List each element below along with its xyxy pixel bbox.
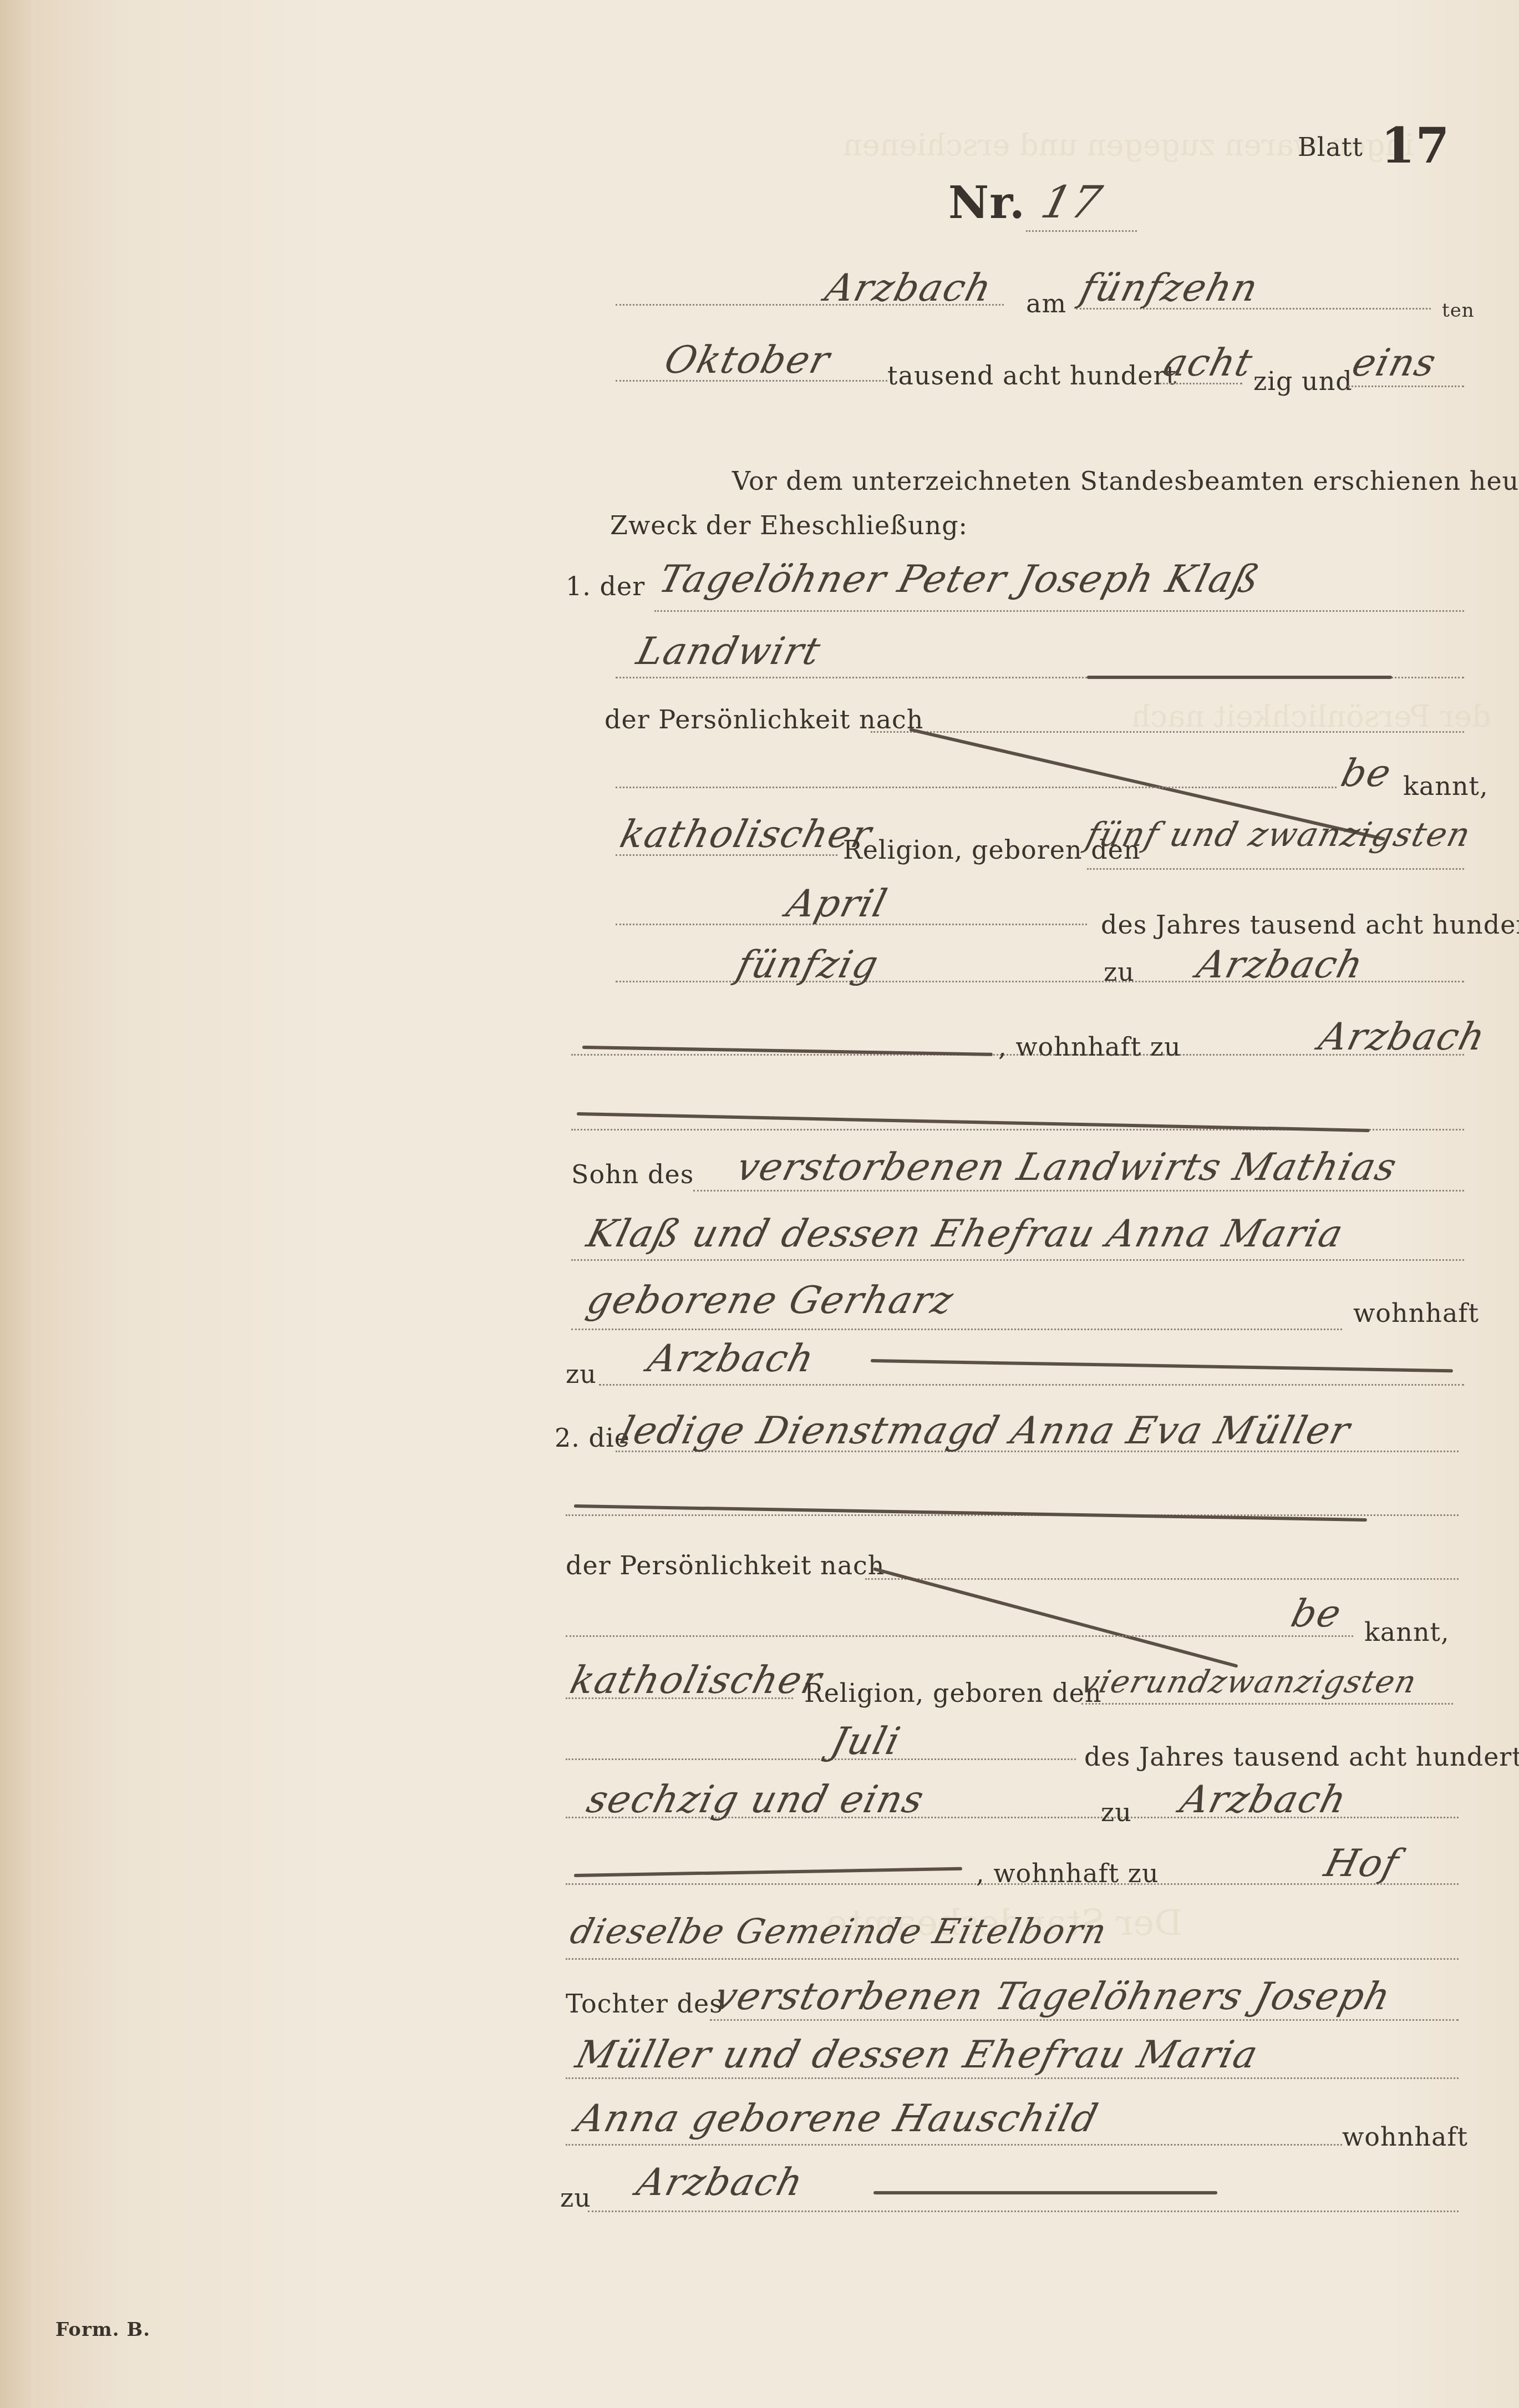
dotted-line <box>710 2019 1459 2021</box>
son-label: Sohn des <box>571 1159 694 1189</box>
dotted-line <box>1081 1703 1453 1705</box>
groom-identity-label: der Persönlichkeit nach <box>604 704 923 734</box>
cancel-stroke <box>574 1867 962 1877</box>
dotted-line <box>566 1758 1076 1760</box>
sheet-number: 17 <box>1381 116 1450 174</box>
am-label: am <box>1026 288 1066 318</box>
groom-parents-line-1: verstorbenen Landwirts Mathias <box>732 1145 1402 1189</box>
year-printed: tausend acht hundert <box>887 361 1177 391</box>
year-zig-label: zig und <box>1253 366 1353 396</box>
groom-birth-month: April <box>782 882 892 926</box>
groom-line-1: Tagelöhner Peter Joseph Klaß <box>654 557 1264 601</box>
dotted-line <box>571 1329 1342 1330</box>
bride-zu-label: zu <box>1101 1797 1132 1827</box>
groom-identity-hand: be <box>1337 752 1396 795</box>
bride-religion: katholischer <box>566 1659 827 1702</box>
bride-parents-line-1: verstorbenen Tagelöhners Joseph <box>710 1975 1395 2019</box>
bride-birth-day: vierundzwanzigsten <box>1077 1664 1421 1700</box>
groom-residence-label: , wohnhaft zu <box>998 1032 1181 1062</box>
dotted-line <box>571 1259 1464 1261</box>
header-year-unit: eins <box>1348 341 1441 385</box>
bride-line-1: ledige Dienstmagd Anna Eva Müller <box>616 1409 1355 1453</box>
groom-residence: Arzbach <box>1314 1015 1490 1059</box>
entry-label: Nr. <box>948 176 1025 229</box>
bride-parents-residence: Arzbach <box>632 2161 808 2204</box>
dotted-line <box>616 787 1337 788</box>
groom-zu-label: zu <box>1104 957 1135 987</box>
dotted-line <box>865 1578 1459 1580</box>
bride-birth-year: sechzig und eins <box>582 1778 929 1822</box>
bride-parents-zu-label: zu <box>560 2183 591 2213</box>
bride-residence: Hof <box>1320 1842 1404 1885</box>
intro-line-2: Zweck der Eheschließung: <box>610 510 968 540</box>
register-page: ingen waren zugegen und erschienen der P… <box>0 0 1519 2408</box>
groom-parents-line-2: Klaß und dessen Ehefrau Anna Maria <box>582 1212 1348 1256</box>
cancel-stroke <box>873 1567 1238 1668</box>
bride-parents-line-2: Müller und dessen Ehefrau Maria <box>571 2033 1263 2077</box>
groom-birth-place: Arzbach <box>1192 943 1368 987</box>
groom-year-label: des Jahres tausend acht hundert <box>1101 910 1519 940</box>
dotted-line <box>693 1190 1464 1192</box>
dotted-line <box>566 2144 1342 2146</box>
dotted-line <box>566 2077 1459 2079</box>
groom-parents-line-3: geborene Gerharz <box>582 1279 958 1322</box>
dotted-line <box>1026 230 1137 232</box>
dotted-line <box>654 610 1464 612</box>
groom-birth-day: fünf und zwanzigsten <box>1082 815 1475 854</box>
bride-identity-hand: be <box>1287 1592 1346 1636</box>
groom-parents-zu-label: zu <box>566 1359 597 1389</box>
cancel-stroke <box>574 1504 1367 1522</box>
bride-residence-label: , wohnhaft zu <box>976 1858 1159 1888</box>
dotted-line <box>566 1958 1459 1960</box>
bride-religion-label: Religion, geboren den <box>804 1678 1102 1708</box>
dotted-line <box>599 1384 1464 1386</box>
header-day: fünfzehn <box>1076 266 1263 310</box>
groom-number-label: 1. der <box>566 571 645 601</box>
dotted-line <box>1087 868 1464 870</box>
groom-birth-year: fünfzig <box>732 943 883 987</box>
bride-year-label: des Jahres tausend acht hundert <box>1084 1742 1519 1772</box>
header-year-decade: acht <box>1159 341 1257 385</box>
cancel-stroke <box>873 2191 1217 2194</box>
groom-identity-suffix: kannt, <box>1403 771 1488 801</box>
cancel-stroke <box>1087 676 1392 679</box>
dotted-line <box>566 1635 1353 1637</box>
daughter-label: Tochter des <box>566 1989 723 2019</box>
groom-parents-residence: Arzbach <box>643 1337 819 1381</box>
groom-line-2: Landwirt <box>632 630 826 673</box>
groom-religion: katholischer <box>616 813 877 856</box>
cancel-stroke <box>871 1359 1453 1372</box>
bride-identity-suffix: kannt, <box>1364 1617 1450 1647</box>
header-month: Oktober <box>660 338 835 382</box>
intro-line-1: Vor dem unterzeichneten Standesbeamten e… <box>732 466 1519 496</box>
bleedthrough-text: der Persönlichkeit nach <box>1131 699 1491 734</box>
bride-residence-line-2: dieselbe Gemeinde Eitelborn <box>566 1911 1111 1951</box>
bride-birth-month: Juli <box>826 1720 905 1763</box>
day-suffix: ten <box>1442 300 1475 322</box>
dotted-line <box>588 2211 1459 2212</box>
bride-parents-line-3: Anna geborene Hauschild <box>571 2097 1103 2141</box>
form-label: Form. B. <box>55 2319 150 2341</box>
header-place: Arzbach <box>821 266 997 310</box>
bride-parents-residence-label: wohnhaft <box>1342 2122 1468 2152</box>
entry-number: 17 <box>1036 176 1108 228</box>
bride-identity-label: der Persönlichkeit nach <box>566 1550 885 1580</box>
dotted-line <box>1348 386 1464 387</box>
bride-birth-place: Arzbach <box>1176 1778 1352 1822</box>
dotted-line <box>871 731 1464 733</box>
sheet-label: Blatt <box>1298 132 1363 162</box>
groom-parents-residence-label: wohnhaft <box>1353 1298 1479 1328</box>
